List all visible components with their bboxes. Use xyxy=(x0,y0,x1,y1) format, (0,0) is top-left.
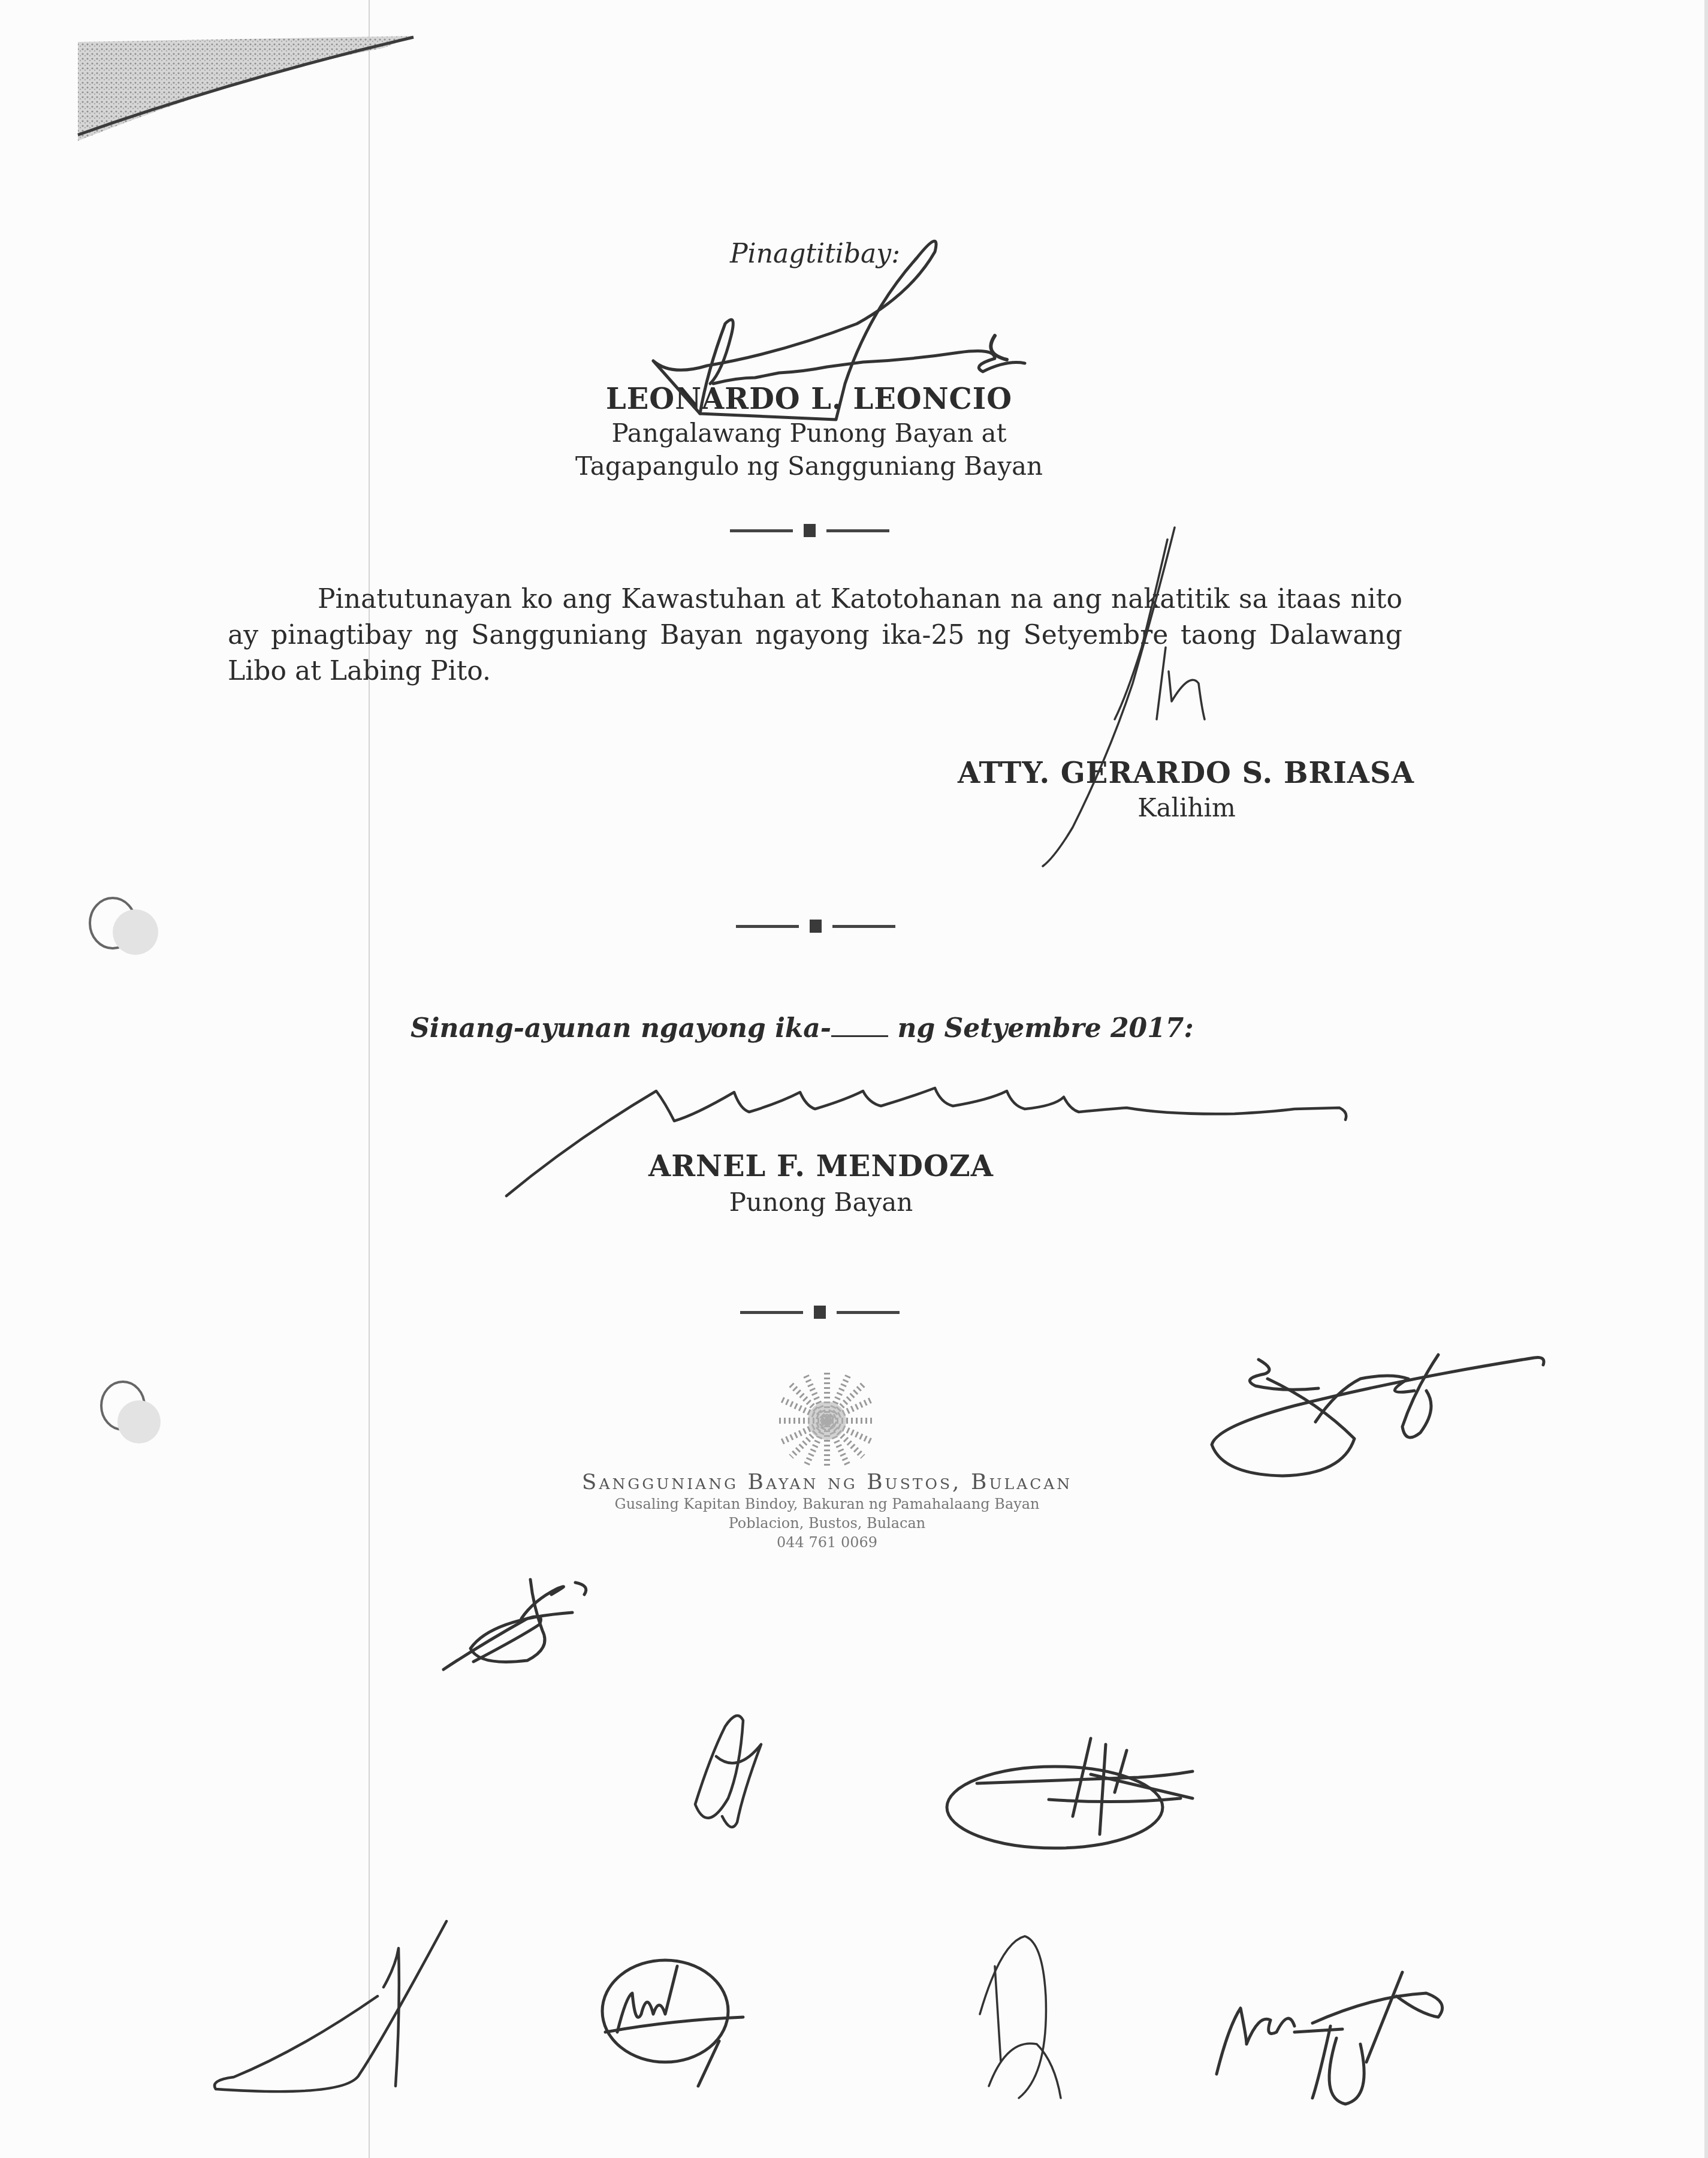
letterhead-address-line2: Poblacion, Bustos, Bulacan xyxy=(527,1514,1127,1533)
signature-council-member-5 xyxy=(215,1921,446,2091)
municipal-seal-icon xyxy=(773,1367,881,1475)
page-edge xyxy=(1704,0,1708,2158)
ornament-icon xyxy=(814,1306,826,1319)
certification-signatory-name: ATTY. GERARDO S. BRIASA xyxy=(947,756,1414,790)
ornament-icon xyxy=(810,920,822,933)
margin-line xyxy=(369,0,370,2158)
letterhead: Sangguniang Bayan ng Bustos, Bulacan Gus… xyxy=(527,1470,1127,1552)
section-divider xyxy=(736,920,895,933)
document-page: Pinagtitibay: LEONARDO L. LEONCIO Pangal… xyxy=(0,0,1708,2158)
signature-council-member-3 xyxy=(695,1716,761,1827)
letterhead-title: Sangguniang Bayan ng Bustos, Bulacan xyxy=(527,1470,1127,1494)
certification-signatory-title: Kalihim xyxy=(1067,791,1306,825)
signature-council-member-8 xyxy=(1217,1972,1443,2104)
certification-paragraph: Pinatutunayan ko ang Kawastuhan at Katot… xyxy=(228,581,1402,689)
ornament-icon xyxy=(804,524,816,537)
approval-heading: Pinagtitibay: xyxy=(659,239,971,269)
signature-council-member-4 xyxy=(947,1738,1193,1848)
letterhead-phone: 044 761 0069 xyxy=(527,1533,1127,1552)
section-divider xyxy=(740,1306,900,1319)
signature-council-member-2 xyxy=(443,1580,586,1669)
date-blank-field xyxy=(831,1014,888,1037)
approval-signatory-title-line2: Tagapangulo ng Sangguniang Bayan xyxy=(509,450,1109,483)
concurrence-signatory-title: Punong Bayan xyxy=(611,1186,1031,1219)
signature-council-member-7 xyxy=(980,1936,1061,2098)
scan-artifacts xyxy=(0,0,1708,2158)
signatures-layer xyxy=(0,0,1708,2158)
letterhead-address-line1: Gusaling Kapitan Bindoy, Bakuran ng Pama… xyxy=(527,1494,1127,1514)
approval-signatory-title-line1: Pangalawang Punong Bayan at xyxy=(509,417,1109,450)
signature-council-member-6 xyxy=(602,1960,743,2086)
concurrence-heading: Sinang-ayunan ngayong ika- ng Setyembre … xyxy=(411,1013,1250,1044)
approval-signatory-name: LEONARDO L. LEONCIO xyxy=(539,382,1079,416)
scan-shadow-artifact xyxy=(78,36,414,141)
concurrence-signatory-name: ARNEL F. MENDOZA xyxy=(551,1150,1091,1183)
signature-council-member-1 xyxy=(1212,1355,1544,1476)
section-divider xyxy=(730,524,889,537)
